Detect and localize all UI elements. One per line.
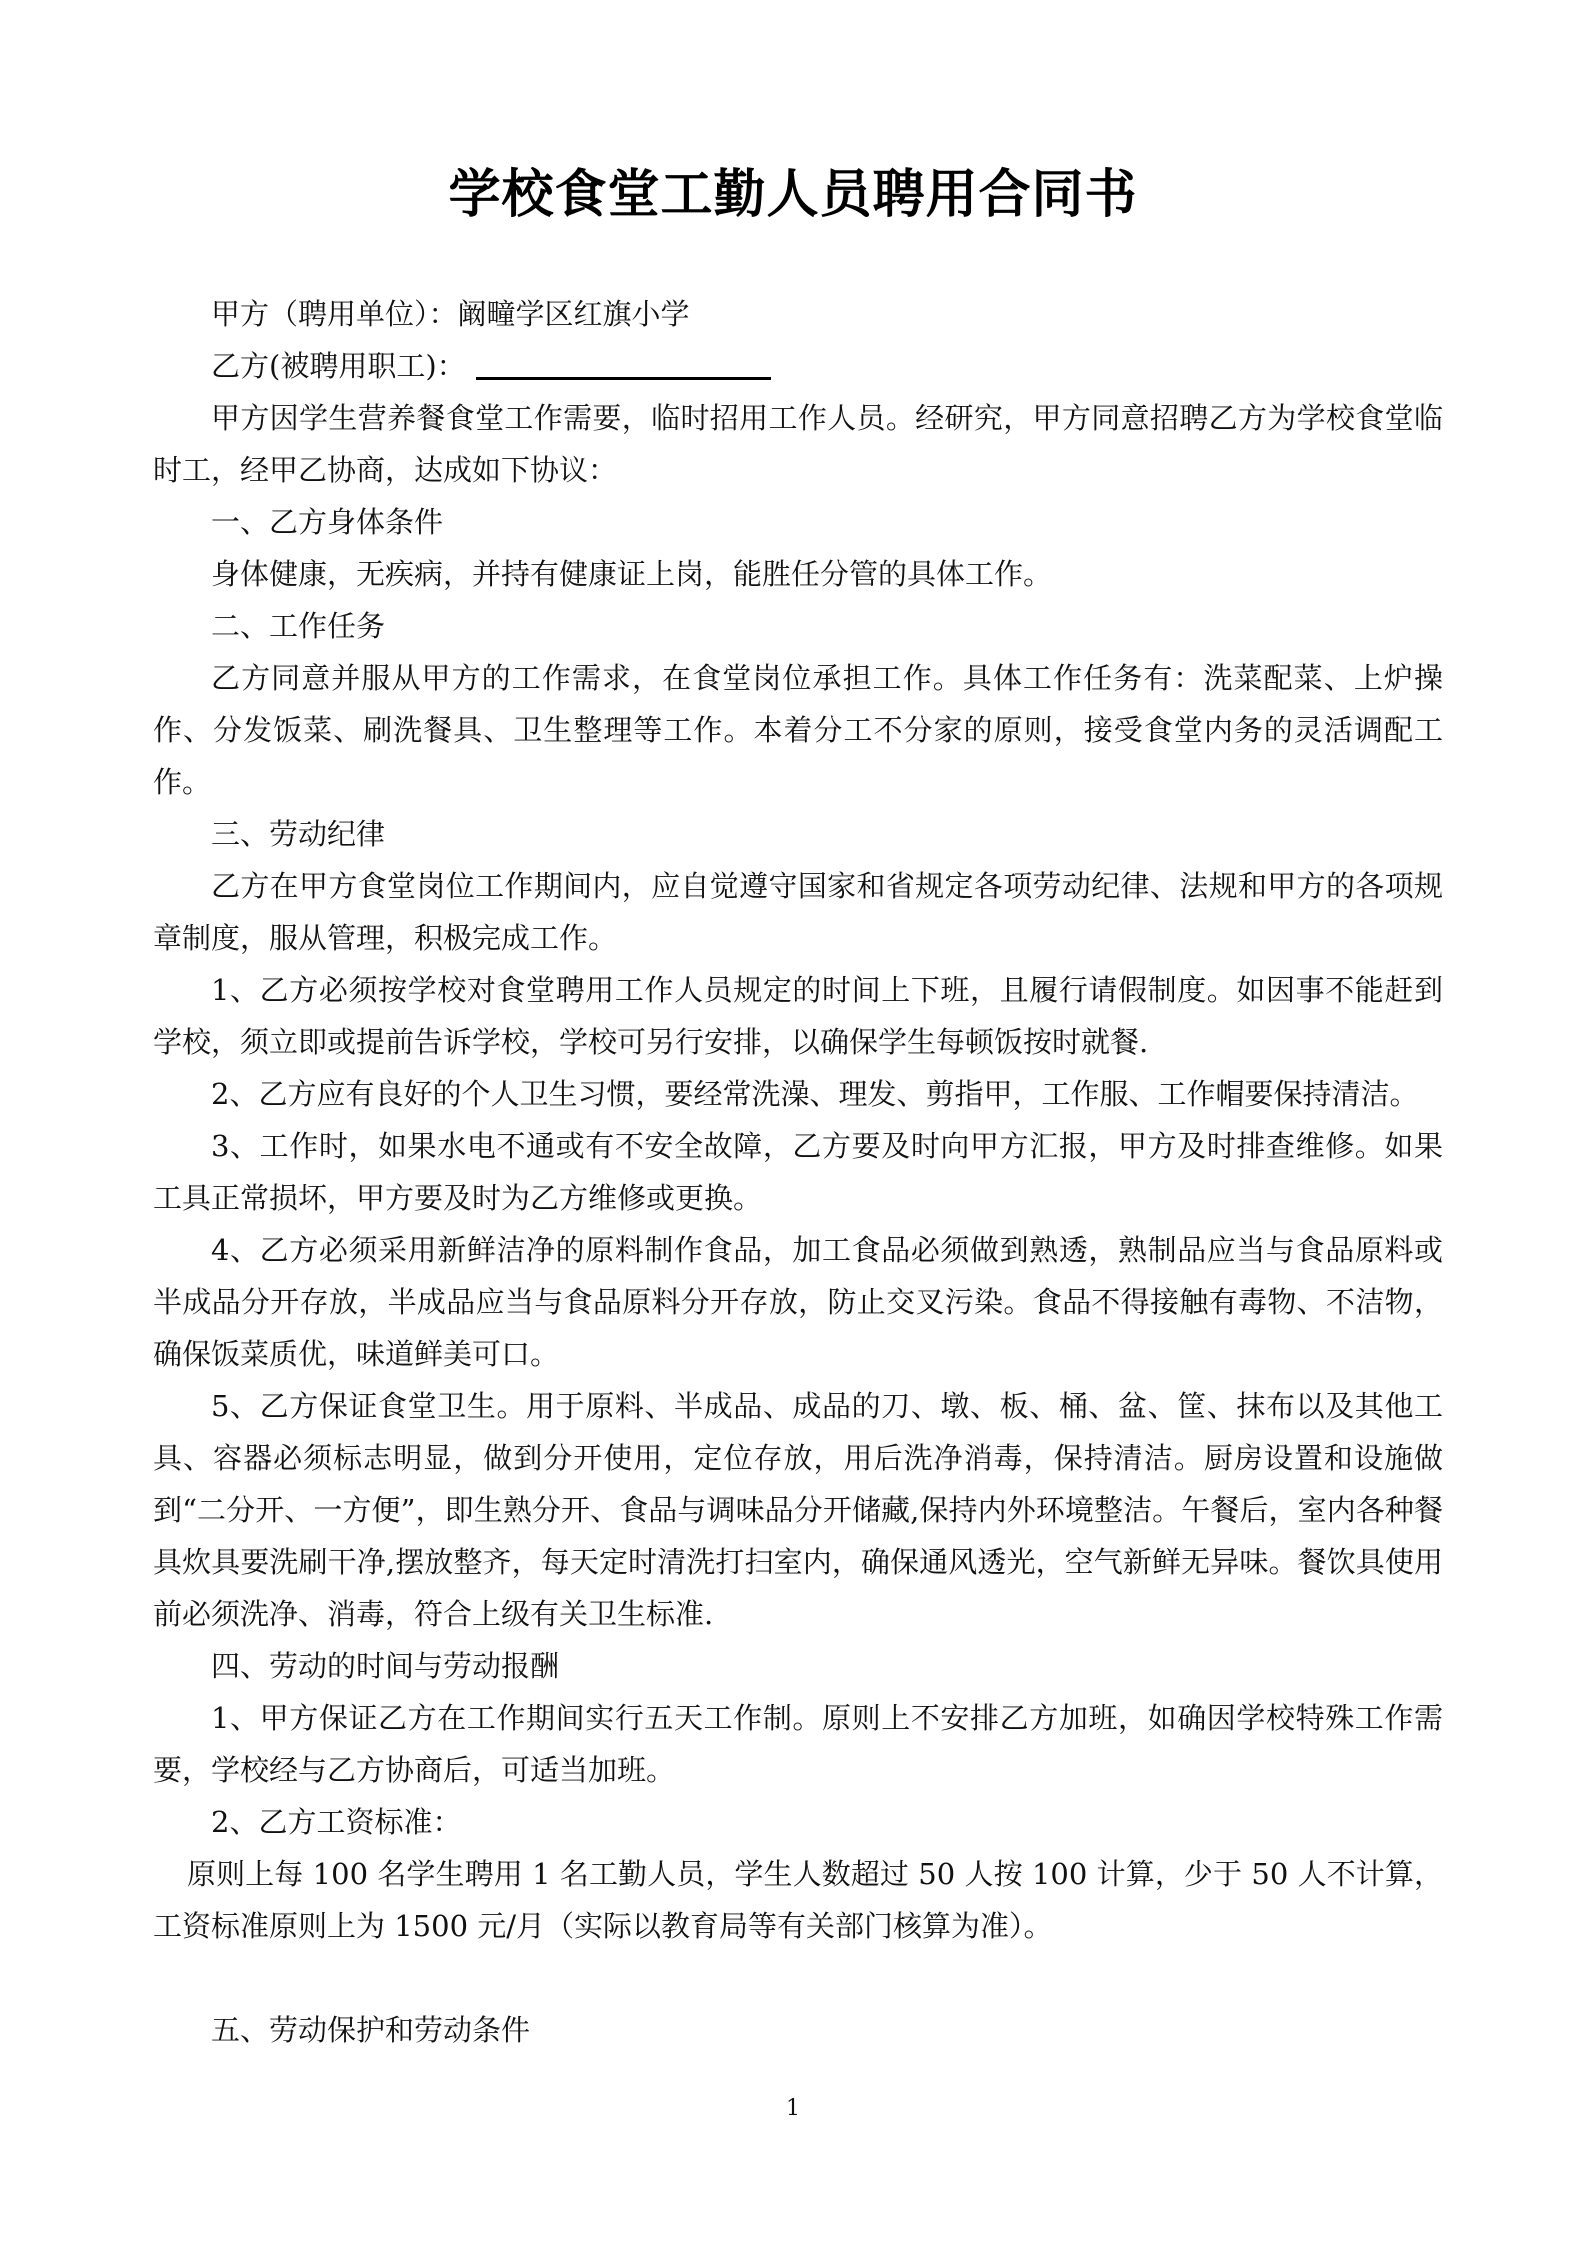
section-3-paragraph-1: 乙方在甲方食堂岗位工作期间内，应自觉遵守国家和省规定各项劳动纪律、法规和甲方的各…	[153, 860, 1443, 964]
section-3-clause-3: 3、工作时，如果水电不通或有不安全故障，乙方要及时向甲方汇报，甲方及时排查维修。…	[153, 1120, 1443, 1224]
section-3-clause-4: 4、乙方必须采用新鲜洁净的原料制作食品，加工食品必须做到熟透，熟制品应当与食品原…	[153, 1224, 1443, 1380]
intro-paragraph: 甲方因学生营养餐食堂工作需要，临时招用工作人员。经研究，甲方同意招聘乙方为学校食…	[153, 392, 1443, 496]
section-4-clause-1: 1、甲方保证乙方在工作期间实行五天工作制。原则上不安排乙方加班，如确因学校特殊工…	[153, 1692, 1443, 1796]
document-title: 学校食堂工勤人员聘用合同书	[0, 150, 1586, 240]
section-3-clause-1: 1、乙方必须按学校对食堂聘用工作人员规定的时间上下班，且履行请假制度。如因事不能…	[153, 964, 1443, 1068]
party-a-value: 阚疃学区红旗小学	[458, 297, 690, 331]
page-number: 1	[0, 2094, 1586, 2124]
spacer	[153, 1952, 1443, 2004]
section-4-wage-paragraph: 原则上每 100 名学生聘用 1 名工勤人员，学生人数超过 50 人按 100 …	[153, 1848, 1443, 1952]
party-a-line: 甲方（聘用单位）：阚疃学区红旗小学	[153, 288, 1443, 340]
party-a-label: 甲方（聘用单位）：	[211, 297, 458, 331]
party-b-signature-blank[interactable]	[476, 347, 771, 380]
party-b-label: 乙方(被聘用职工)：	[211, 349, 466, 383]
document-body: 甲方（聘用单位）：阚疃学区红旗小学 乙方(被聘用职工)： 甲方因学生营养餐食堂工…	[153, 288, 1443, 2056]
section-4-clause-2: 2、乙方工资标准：	[153, 1796, 1443, 1848]
section-heading-4: 四、劳动的时间与劳动报酬	[153, 1640, 1443, 1692]
section-1-paragraph-1: 身体健康，无疾病，并持有健康证上岗，能胜任分管的具体工作。	[153, 548, 1443, 600]
section-3-clause-2: 2、乙方应有良好的个人卫生习惯，要经常洗澡、理发、剪指甲，工作服、工作帽要保持清…	[153, 1068, 1443, 1120]
section-heading-1: 一、乙方身体条件	[153, 496, 1443, 548]
section-heading-3: 三、劳动纪律	[153, 808, 1443, 860]
party-b-line: 乙方(被聘用职工)：	[153, 340, 1443, 392]
section-heading-2: 二、工作任务	[153, 600, 1443, 652]
section-3-clause-5: 5、乙方保证食堂卫生。用于原料、半成品、成品的刀、墩、板、桶、盆、筐、抹布以及其…	[153, 1380, 1443, 1640]
document-page: 学校食堂工勤人员聘用合同书 甲方（聘用单位）：阚疃学区红旗小学 乙方(被聘用职工…	[0, 0, 1586, 2244]
section-heading-5: 五、劳动保护和劳动条件	[153, 2004, 1443, 2056]
section-2-paragraph-1: 乙方同意并服从甲方的工作需求，在食堂岗位承担工作。具体工作任务有：洗菜配菜、上炉…	[153, 652, 1443, 808]
